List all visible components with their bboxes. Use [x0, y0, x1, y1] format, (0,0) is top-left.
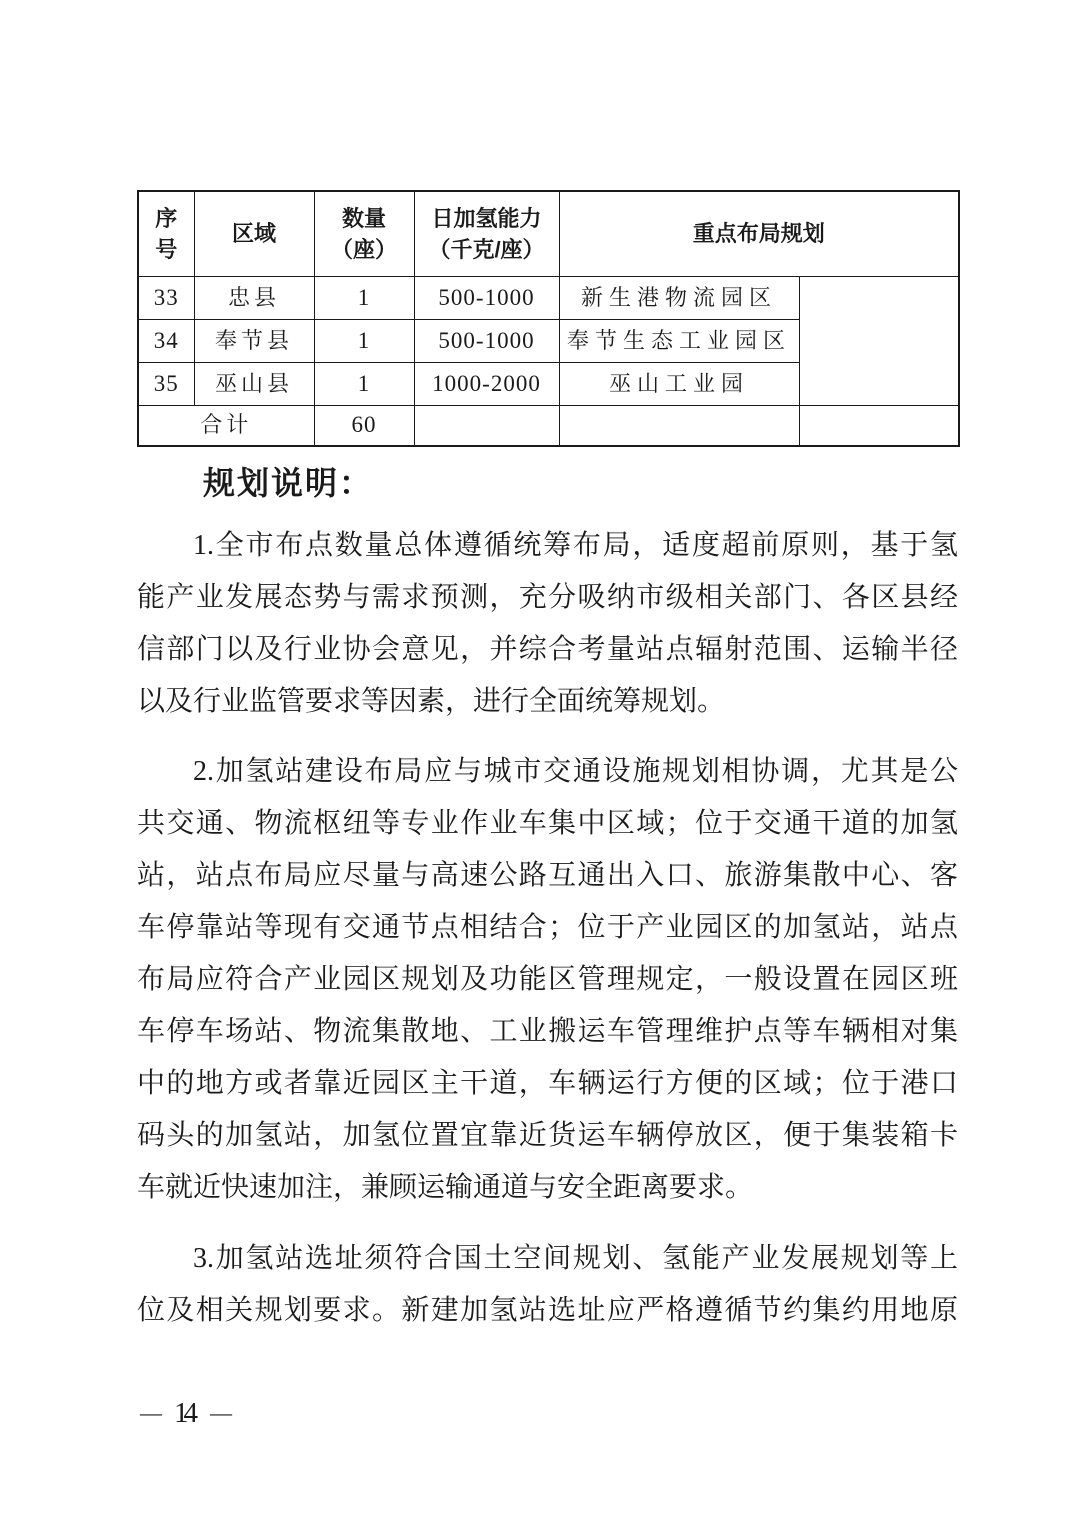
- row-index: 34: [138, 319, 194, 362]
- station-plan-table: 序 号 区域 数量 （座） 日加氢能力 （千克/座） 重点布局规划 33 忠县 …: [137, 190, 960, 447]
- header-capacity: 日加氢能力 （千克/座）: [414, 191, 559, 276]
- paragraph-line: 能产业发展态势与需求预测，充分吸纳市级相关部门、各区县经: [137, 572, 958, 624]
- row-index: 35: [138, 362, 194, 405]
- document-page: 序 号 区域 数量 （座） 日加氢能力 （千克/座） 重点布局规划 33 忠县 …: [0, 0, 1080, 1528]
- header-quantity-line1: 数量: [315, 203, 414, 234]
- row-capacity: 500-1000: [414, 319, 559, 362]
- table-header-row: 序 号 区域 数量 （座） 日加氢能力 （千克/座） 重点布局规划: [138, 191, 959, 276]
- paragraph-line: 车就近快速加注，兼顾运输通道与安全距离要求。: [137, 1162, 958, 1214]
- row-qty: 1: [314, 276, 414, 319]
- page-number: — 14 —: [140, 1396, 232, 1430]
- paragraph-line: 以及行业监管要求等因素，进行全面统筹规划。: [137, 676, 958, 728]
- table-row: 33 忠县 1 500-1000 新生港物流园区: [138, 276, 959, 319]
- paragraph-line: 站，站点布局应尽量与高速公路互通出入口、旅游集散中心、客: [137, 850, 958, 902]
- paragraph-line: 1.全市布点数量总体遵循统筹布局，适度超前原则，基于氢: [137, 520, 958, 572]
- row-plan: 新生港物流园区: [559, 276, 799, 319]
- header-quantity-line2: （座）: [315, 234, 414, 265]
- page-number-value: 14: [174, 1396, 198, 1430]
- row-capacity: 500-1000: [414, 276, 559, 319]
- paragraph-line: 布局应符合产业园区规划及功能区管理规定，一般设置在园区班: [137, 954, 958, 1006]
- page-number-dash-right: —: [210, 1396, 232, 1430]
- empty-cell: [799, 405, 959, 446]
- header-region: 区域: [194, 191, 314, 276]
- row-plan: 奉节生态工业园区: [559, 319, 799, 362]
- paragraph-3: 3.加氢站选址须符合国土空间规划、氢能产业发展规划等上位及相关规划要求。新建加氢…: [137, 1233, 958, 1337]
- header-plan: 重点布局规划: [559, 191, 959, 276]
- header-capacity-line1: 日加氢能力: [415, 203, 559, 234]
- paragraph-line: 2.加氢站建设布局应与城市交通设施规划相协调，尤其是公: [137, 746, 958, 798]
- total-label: 合计: [138, 405, 314, 446]
- paragraph-line: 位及相关规划要求。新建加氢站选址应严格遵循节约集约用地原: [137, 1285, 958, 1337]
- row-region: 奉节县: [194, 319, 314, 362]
- paragraph-2: 2.加氢站建设布局应与城市交通设施规划相协调，尤其是公共交通、物流枢纽等专业作业…: [137, 746, 958, 1214]
- row-plan: 巫山工业园: [559, 362, 799, 405]
- paragraph-line: 车停靠站等现有交通节点相结合；位于产业园区的加氢站，站点: [137, 902, 958, 954]
- row-qty: 1: [314, 319, 414, 362]
- paragraph-line: 信部门以及行业协会意见，并综合考量站点辐射范围、运输半径: [137, 624, 958, 676]
- paragraph-line: 3.加氢站选址须符合国土空间规划、氢能产业发展规划等上: [137, 1233, 958, 1285]
- page-number-dash-left: —: [140, 1396, 162, 1430]
- paragraph-line: 中的地方或者靠近园区主干道，车辆运行方便的区域；位于港口: [137, 1058, 958, 1110]
- empty-merged-cell: [799, 276, 959, 405]
- paragraph-line: 码头的加氢站，加氢位置宜靠近货运车辆停放区，便于集装箱卡: [137, 1110, 958, 1162]
- table-total-row: 合计 60: [138, 405, 959, 446]
- header-index-line1: 序: [139, 203, 194, 234]
- row-capacity: 1000-2000: [414, 362, 559, 405]
- total-qty: 60: [314, 405, 414, 446]
- paragraph-1: 1.全市布点数量总体遵循统筹布局，适度超前原则，基于氢能产业发展态势与需求预测，…: [137, 520, 958, 728]
- header-capacity-line2: （千克/座）: [415, 234, 559, 265]
- row-region: 忠县: [194, 276, 314, 319]
- header-quantity: 数量 （座）: [314, 191, 414, 276]
- empty-cell: [414, 405, 559, 446]
- paragraph-line: 车停车场站、物流集散地、工业搬运车管理维护点等车辆相对集: [137, 1006, 958, 1058]
- row-qty: 1: [314, 362, 414, 405]
- empty-cell: [559, 405, 799, 446]
- header-index: 序 号: [138, 191, 194, 276]
- notes-heading: 规划说明：: [203, 458, 373, 504]
- row-region: 巫山县: [194, 362, 314, 405]
- paragraph-line: 共交通、物流枢纽等专业作业车集中区域；位于交通干道的加氢: [137, 798, 958, 850]
- row-index: 33: [138, 276, 194, 319]
- header-index-line2: 号: [139, 234, 194, 265]
